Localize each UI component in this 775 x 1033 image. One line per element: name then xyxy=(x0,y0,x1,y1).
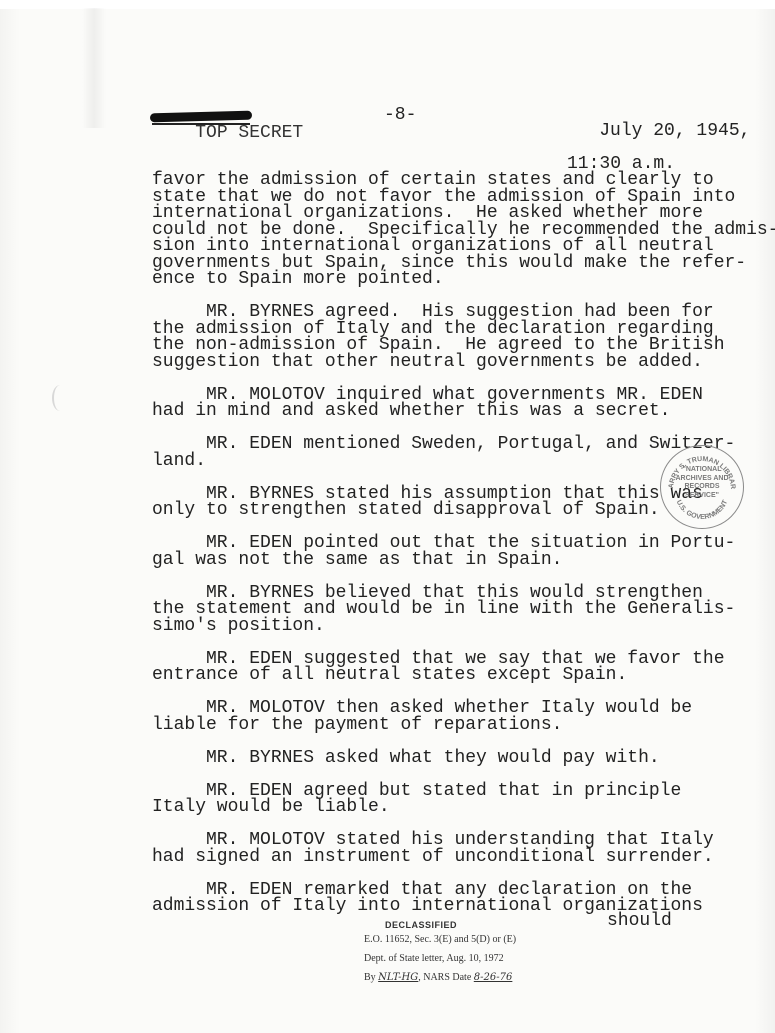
text-line: ence to Spain more pointed. xyxy=(152,271,732,288)
classification-label: TOP SECRET xyxy=(195,123,303,143)
paragraph: MR. EDEN mentioned Sweden, Portugal, and… xyxy=(152,436,732,469)
text-line: liable for the payment of reparations. xyxy=(152,717,732,734)
stamp-line: ARCHIVES AND xyxy=(671,475,733,484)
paragraph: MR. EDEN pointed out that the situation … xyxy=(152,535,732,568)
punch-hole-mark xyxy=(52,385,68,411)
stamp-line: SERVICE" xyxy=(671,492,733,501)
scan-top-edge xyxy=(0,0,775,9)
text-line: MR. EDEN mentioned Sweden, Portugal, and… xyxy=(152,436,732,453)
page-number: -8- xyxy=(384,106,416,124)
text-line: Italy would be liable. xyxy=(152,799,732,816)
truman-library-stamp: HARRY S. TRUMAN LIBRARY U.S. GOVERNMENT … xyxy=(660,445,744,529)
stamp-center-text: "NATIONAL ARCHIVES AND RECORDS SERVICE" xyxy=(671,466,733,500)
text-line: simo's position. xyxy=(152,618,732,635)
paragraph: MR. EDEN remarked that any declaration o… xyxy=(152,882,732,915)
catchword: should xyxy=(607,912,672,930)
declass-letter: Dept. of State letter, Aug. 10, 1972 xyxy=(364,949,604,968)
meeting-date: July 20, 1945, xyxy=(599,121,750,141)
review-date: 8-26-76 xyxy=(474,972,513,983)
text-line: had in mind and asked whether this was a… xyxy=(152,403,732,420)
document-page: TOP SECRET -8- July 20, 1945, 11:30 a.m.… xyxy=(0,0,775,1033)
declassification-stamp: DECLASSIFIED E.O. 11652, Sec. 3(E) and 5… xyxy=(364,920,604,987)
paragraph: MR. MOLOTOV stated his understanding tha… xyxy=(152,832,732,865)
stamp-line: RECORDS xyxy=(671,483,733,492)
text-line: land. xyxy=(152,453,732,470)
paragraph: MR. BYRNES stated his assumption that th… xyxy=(152,486,732,519)
classification-underline xyxy=(152,123,250,125)
text-line: only to strengthen stated disapproval of… xyxy=(152,502,732,519)
paragraph: MR. MOLOTOV then asked whether Italy wou… xyxy=(152,700,732,733)
paragraph: MR. EDEN agreed but stated that in princ… xyxy=(152,783,732,816)
paragraph: MR. EDEN suggested that we say that we f… xyxy=(152,651,732,684)
declassified-title: DECLASSIFIED xyxy=(385,920,604,930)
text-line: suggestion that other neutral government… xyxy=(152,354,732,371)
paragraph: MR. MOLOTOV inquired what governments MR… xyxy=(152,387,732,420)
redaction-strike xyxy=(150,111,252,123)
paper-crease xyxy=(82,8,106,128)
declass-by-line: By NLT-HG, NARS Date 8-26-76 xyxy=(364,968,604,987)
text-line: entrance of all neutral states except Sp… xyxy=(152,667,732,684)
paragraph: MR. BYRNES believed that this would stre… xyxy=(152,585,732,635)
svg-text:U.S. GOVERNMENT: U.S. GOVERNMENT xyxy=(675,499,730,522)
text-line: MR. BYRNES asked what they would pay wit… xyxy=(152,750,732,767)
paragraph: favor the admission of certain states an… xyxy=(152,172,732,288)
by-prefix: By xyxy=(364,972,376,983)
declass-authority: E.O. 11652, Sec. 3(E) and 5(D) or (E) xyxy=(364,930,604,949)
paragraph: MR. BYRNES asked what they would pay wit… xyxy=(152,750,732,767)
minutes-body: favor the admission of certain states an… xyxy=(152,172,732,931)
agency-label: , NARS Date xyxy=(418,972,471,983)
text-line: had signed an instrument of unconditiona… xyxy=(152,849,732,866)
paragraph: MR. BYRNES agreed. His suggestion had be… xyxy=(152,304,732,370)
stamp-line: "NATIONAL xyxy=(671,466,733,475)
reviewer-signature: NLT-HG xyxy=(378,972,418,983)
text-line: gal was not the same as that in Spain. xyxy=(152,552,732,569)
